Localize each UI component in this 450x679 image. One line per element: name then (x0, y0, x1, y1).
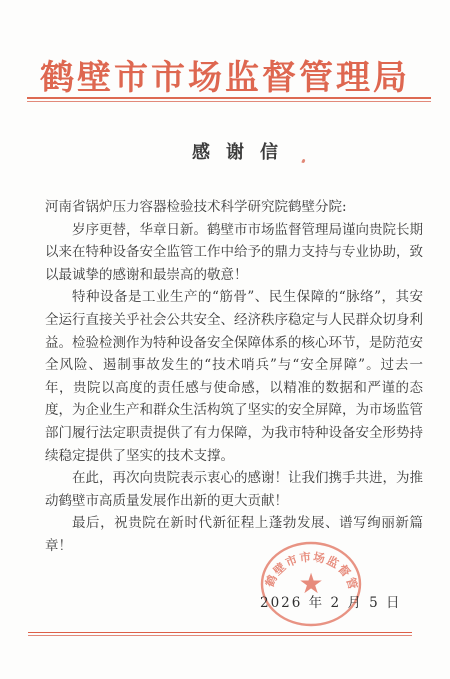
salutation: 河南省锅炉压力容器检验技术科学研究院鹤壁分院: (45, 196, 423, 219)
letterhead-divider (27, 97, 431, 102)
official-seal-stamp: ★ 鹤壁市市场监督管理局 (259, 541, 363, 629)
letterhead-agency: 鹤壁市市场监督管理局 (0, 50, 450, 99)
letter-page: 鹤壁市市场监督管理局 感谢信 河南省锅炉压力容器检验技术科学研究院鹤壁分院: 岁… (0, 0, 450, 679)
letter-body: 河南省锅炉压力容器检验技术科学研究院鹤壁分院: 岁序更替，华章日新。鹤壁市市场监… (45, 196, 423, 558)
footer-divider (28, 632, 412, 636)
body-paragraph: 特种设备是工业生产的“筋骨”、民生保障的“脉络”，其安全运行直接关乎社会公共安全… (45, 286, 423, 467)
letter-date: 2026 年 2 月 5 日 (260, 591, 402, 611)
letter-title: 感谢信 (45, 138, 425, 164)
body-paragraph: 在此，再次向贵院表示衷心的感谢！让我们携手共进，为推动鹤壁市高质量发展作出新的更… (45, 467, 423, 512)
body-paragraph: 岁序更替，华章日新。鹤壁市市场监督管理局谨向贵院长期以来在特种设备安全监管工作中… (45, 219, 423, 287)
body-paragraph: 最后，祝贵院在新时代新征程上蓬勃发展、谱写绚丽新篇章！ (45, 512, 423, 557)
